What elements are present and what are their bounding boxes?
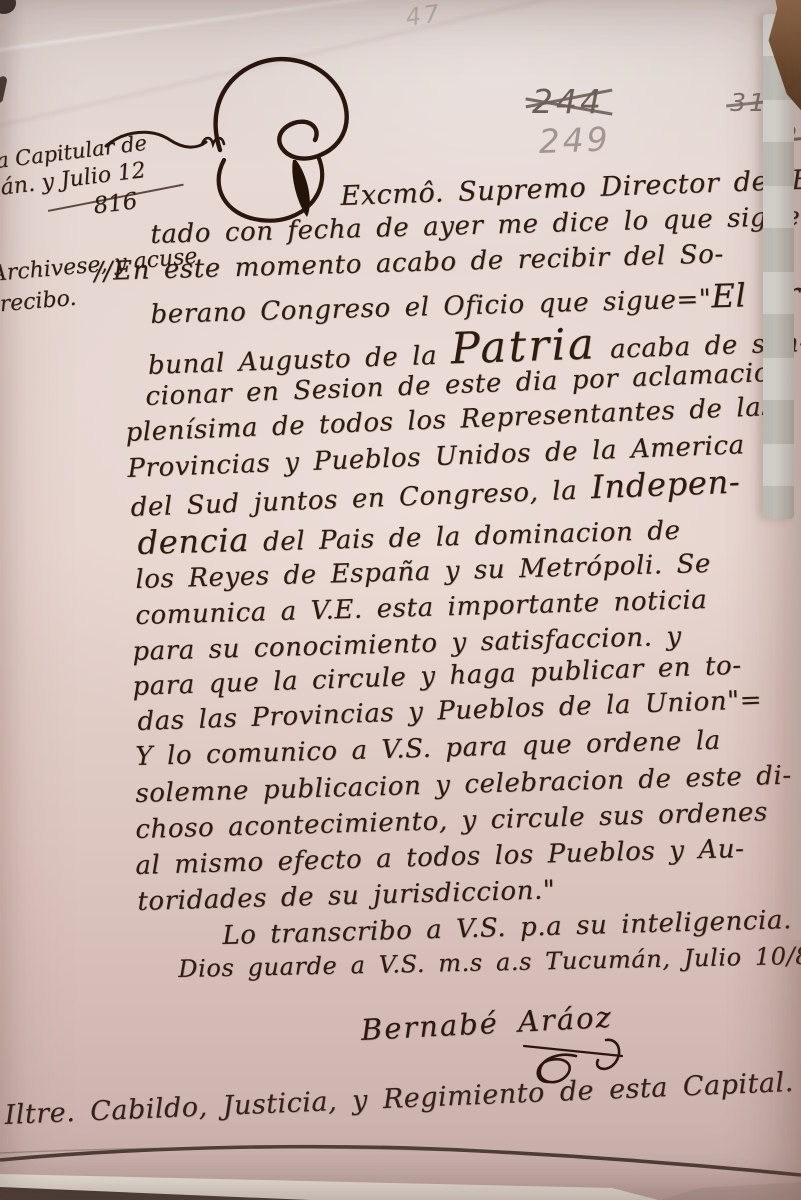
- manuscript-text-segment: Indepen-: [590, 463, 741, 507]
- manuscript-photo: 47 244 311 249 245 la Capitular de án. y…: [0, 0, 801, 1200]
- photo-bottom-edge: [0, 1138, 801, 1200]
- manuscript-line: toridades de su jurisdiccion.": [137, 877, 556, 916]
- manuscript-text-segment: toridades de su jurisdiccion.": [137, 875, 556, 917]
- manuscript-line: al mismo efecto a todos los Pueblos y Au…: [135, 836, 745, 880]
- manuscript-text-segment: dencia: [137, 521, 250, 562]
